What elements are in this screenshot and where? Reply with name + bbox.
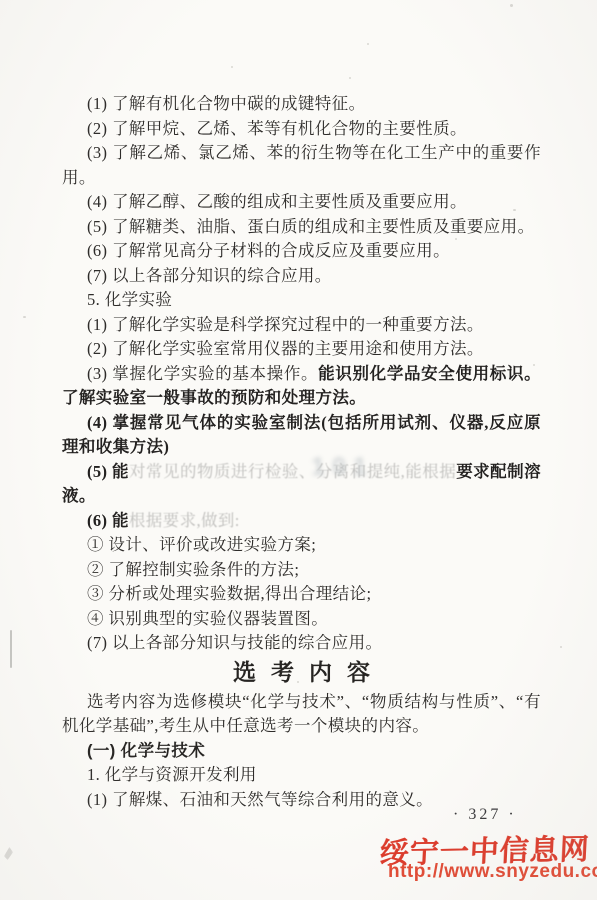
organic-item-5: (5) 了解糖类、油脂、蛋白质的组成和主要性质及重要应用。: [62, 215, 541, 240]
organic-item-7: (7) 以上各部分知识的综合应用。: [62, 264, 541, 289]
experiment-section-title: 5. 化学实验: [62, 288, 541, 313]
faint-ghost-watermark: 101: [225, 453, 460, 489]
experiment-sub-item-1: ① 设计、评价或改进实验方案;: [62, 533, 541, 558]
scan-speck: [510, 4, 513, 7]
experiment-sub-item-2: ② 了解控制实验条件的方法;: [62, 558, 541, 583]
page-number: · 327 ·: [453, 806, 517, 824]
scan-speck: [455, 238, 457, 240]
scan-artifact-vertical-line: [10, 630, 12, 668]
experiment-item-5-prefix: (5) 能: [87, 462, 129, 481]
experiment-item-7: (7) 以上各部分知识与技能的综合应用。: [62, 631, 541, 656]
experiment-item-6-prefix: (6) 能: [87, 511, 129, 530]
experiment-item-3: (3) 掌握化学实验的基本操作。能识别化学品安全使用标识。了解实验室一般事故的预…: [62, 362, 541, 411]
scan-speck: [560, 646, 562, 648]
scan-speck: [231, 66, 233, 68]
page-text-block: (1) 了解有机化合物中碳的成键特征。 (2) 了解甲烷、乙烯、苯等有机化合物的…: [62, 92, 541, 812]
organic-item-2: (2) 了解甲烷、乙烯、苯等有机化合物的主要性质。: [62, 117, 541, 142]
scan-speck: [513, 209, 516, 211]
scan-speck: [533, 364, 535, 366]
red-site-watermark-url: http://www.snyzedu.com: [388, 861, 597, 883]
organic-item-3: (3) 了解乙烯、氯乙烯、苯的衍生物等在化工生产中的重要作用。: [62, 141, 541, 190]
organic-item-6: (6) 了解常见高分子材料的合成反应及重要应用。: [62, 239, 541, 264]
scan-speck: [349, 77, 351, 79]
experiment-item-3-normal: (3) 掌握化学实验的基本操作。: [87, 364, 318, 383]
scanned-document-page: (1) 了解有机化合物中碳的成键特征。 (2) 了解甲烷、乙烯、苯等有机化合物的…: [0, 0, 597, 900]
scan-speck: [297, 681, 299, 683]
experiment-item-6-faded-text: 根据要求,做到:: [129, 511, 240, 530]
experiment-sub-item-4: ④ 识别典型的实验仪器装置图。: [62, 607, 541, 632]
scan-speck: [23, 316, 26, 318]
elective-part1-title: (一) 化学与技术: [62, 739, 541, 764]
organic-item-1: (1) 了解有机化合物中碳的成键特征。: [62, 92, 541, 117]
experiment-sub-item-3: ③ 分析或处理实验数据,得出合理结论;: [62, 582, 541, 607]
experiment-item-6: (6) 能根据要求,做到:: [62, 509, 541, 534]
scan-speck: [367, 43, 369, 45]
elective-part1-subtitle: 1. 化学与资源开发利用: [62, 763, 541, 788]
scan-artifact-mark: [4, 847, 13, 860]
elective-content-heading: 选考内容: [62, 656, 541, 690]
organic-item-4: (4) 了解乙醇、乙酸的组成和主要性质及重要应用。: [62, 190, 541, 215]
elective-intro-paragraph: 选考内容为选修模块“化学与技术”、“物质结构与性质”、“有机化学基础”,考生从中…: [62, 690, 541, 739]
experiment-item-1: (1) 了解化学实验是科学探究过程中的一种重要方法。: [62, 313, 541, 338]
experiment-item-2: (2) 了解化学实验室常用仪器的主要用途和使用方法。: [62, 337, 541, 362]
